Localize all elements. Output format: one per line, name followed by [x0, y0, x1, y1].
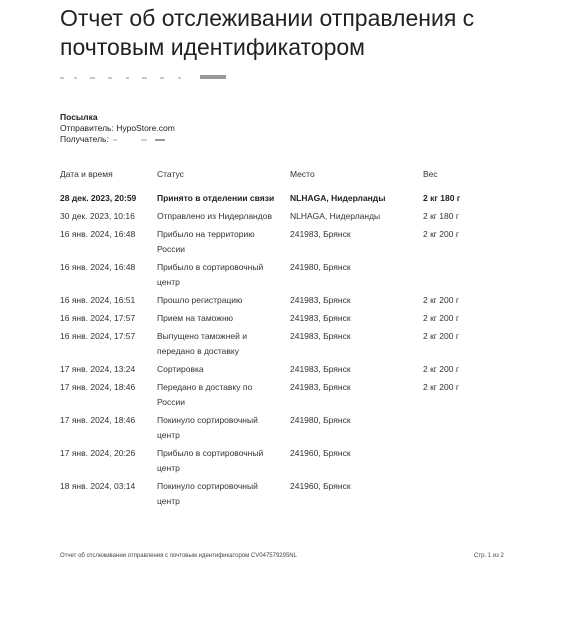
cell-place: 241983, Брянск: [286, 292, 419, 310]
cell-date: 30 дек. 2023, 10:16: [56, 208, 153, 226]
cell-status: Прием на таможню: [153, 310, 286, 328]
cell-status: Прибыло на территорию России: [153, 226, 286, 259]
parcel-info: Посылка Отправитель: HypoStore.com Получ…: [60, 112, 181, 145]
header-status: Статус: [153, 165, 286, 190]
cell-place: 241980, Брянск: [286, 259, 419, 292]
cell-date: 16 янв. 2024, 16:48: [56, 226, 153, 259]
cell-date: 16 янв. 2024, 16:51: [56, 292, 153, 310]
table-row: 17 янв. 2024, 13:24Сортировка241983, Бря…: [56, 361, 487, 379]
redacted-tracking-id: [60, 74, 235, 82]
cell-weight: [419, 478, 487, 511]
cell-place: 241980, Брянск: [286, 412, 419, 445]
table-header-row: Дата и время Статус Место Вес: [56, 165, 487, 190]
cell-place: NLHAGA, Нидерланды: [286, 208, 419, 226]
cell-status: Покинуло сортировочный центр: [153, 478, 286, 511]
cell-place: 241983, Брянск: [286, 328, 419, 361]
redacted-recipient: [111, 137, 181, 143]
tracking-table: Дата и время Статус Место Вес 28 дек. 20…: [56, 165, 487, 511]
sender-value: HypoStore.com: [116, 123, 175, 133]
cell-status: Прошло регистрацию: [153, 292, 286, 310]
page-number: Стр. 1 из 2: [474, 553, 504, 559]
cell-date: 17 янв. 2024, 18:46: [56, 379, 153, 412]
tracking-rows: 28 дек. 2023, 20:59Принято в отделении с…: [56, 190, 487, 511]
cell-place: NLHAGA, Нидерланды: [286, 190, 419, 208]
cell-date: 28 дек. 2023, 20:59: [56, 190, 153, 208]
cell-date: 16 янв. 2024, 16:48: [56, 259, 153, 292]
table-row: 18 янв. 2024, 03:14Покинуло сортировочны…: [56, 478, 487, 511]
cell-status: Покинуло сортировочный центр: [153, 412, 286, 445]
table-row: 16 янв. 2024, 16:51Прошло регистрацию241…: [56, 292, 487, 310]
header-weight: Вес: [419, 165, 487, 190]
table-row: 16 янв. 2024, 16:48Прибыло в сортировочн…: [56, 259, 487, 292]
cell-weight: 2 кг 180 г: [419, 208, 487, 226]
table-row: 17 янв. 2024, 20:26Прибыло в сортировочн…: [56, 445, 487, 478]
cell-place: 241983, Брянск: [286, 361, 419, 379]
sender-line: Отправитель: HypoStore.com: [60, 123, 181, 134]
cell-status: Прибыло в сортировочный центр: [153, 445, 286, 478]
cell-place: 241983, Брянск: [286, 226, 419, 259]
cell-place: 241983, Брянск: [286, 379, 419, 412]
document-title: Отчет об отслеживании отправления с почт…: [60, 4, 540, 62]
cell-status: Прибыло в сортировочный центр: [153, 259, 286, 292]
cell-weight: 2 кг 200 г: [419, 292, 487, 310]
cell-weight: 2 кг 180 г: [419, 190, 487, 208]
cell-date: 17 янв. 2024, 18:46: [56, 412, 153, 445]
sender-label: Отправитель:: [60, 123, 114, 133]
cell-date: 17 янв. 2024, 13:24: [56, 361, 153, 379]
table-row: 17 янв. 2024, 18:46Передано в доставку п…: [56, 379, 487, 412]
cell-weight: 2 кг 200 г: [419, 328, 487, 361]
cell-place: 241960, Брянск: [286, 445, 419, 478]
recipient-label: Получатель:: [60, 134, 109, 144]
cell-date: 16 янв. 2024, 17:57: [56, 310, 153, 328]
cell-date: 17 янв. 2024, 20:26: [56, 445, 153, 478]
header-date: Дата и время: [56, 165, 153, 190]
table-row: 16 янв. 2024, 17:57Прием на таможню24198…: [56, 310, 487, 328]
cell-status: Выпущено таможней и передано в доставку: [153, 328, 286, 361]
table-row: 17 янв. 2024, 18:46Покинуло сортировочны…: [56, 412, 487, 445]
cell-place: 241983, Брянск: [286, 310, 419, 328]
table-row: 28 дек. 2023, 20:59Принято в отделении с…: [56, 190, 487, 208]
cell-weight: 2 кг 200 г: [419, 226, 487, 259]
footer-text: Отчет об отслеживании отправления с почт…: [60, 553, 297, 559]
cell-date: 16 янв. 2024, 17:57: [56, 328, 153, 361]
cell-place: 241960, Брянск: [286, 478, 419, 511]
cell-status: Отправлено из Нидерландов: [153, 208, 286, 226]
table-row: 30 дек. 2023, 10:16Отправлено из Нидерла…: [56, 208, 487, 226]
cell-weight: [419, 259, 487, 292]
cell-status: Сортировка: [153, 361, 286, 379]
cell-weight: 2 кг 200 г: [419, 379, 487, 412]
table-row: 16 янв. 2024, 16:48Прибыло на территорию…: [56, 226, 487, 259]
cell-status: Принято в отделении связи: [153, 190, 286, 208]
cell-weight: 2 кг 200 г: [419, 361, 487, 379]
cell-weight: [419, 412, 487, 445]
cell-status: Передано в доставку по России: [153, 379, 286, 412]
recipient-line: Получатель:: [60, 134, 181, 145]
header-place: Место: [286, 165, 419, 190]
cell-weight: 2 кг 200 г: [419, 310, 487, 328]
cell-weight: [419, 445, 487, 478]
table-row: 16 янв. 2024, 17:57Выпущено таможней и п…: [56, 328, 487, 361]
parcel-heading: Посылка: [60, 112, 181, 123]
cell-date: 18 янв. 2024, 03:14: [56, 478, 153, 511]
